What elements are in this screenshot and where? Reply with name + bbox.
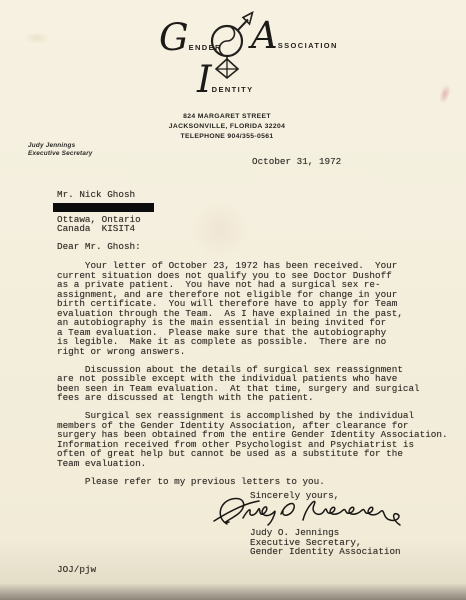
scanned-letter-page: GENDER ASSOCIATION IDENTITY 824 MARGARET… [0, 0, 466, 600]
faint-smudge [190, 200, 250, 260]
signer-org: Gender Identity Association [250, 547, 401, 557]
body-paragraph-4: Please refer to my previous letters to y… [57, 477, 448, 487]
body-paragraph-1: Your letter of October 23, 1972 has been… [57, 261, 448, 356]
recipient-country-postal: Canada KISIT4 [57, 224, 154, 234]
signature-block: Judy O. Jennings Executive Secretary, Ge… [250, 528, 401, 557]
letter-body: Your letter of October 23, 1972 has been… [57, 261, 448, 495]
recipient-block: Mr. Nick Ghosh Ottawa, Ontario Canada KI… [57, 190, 154, 234]
letterhead-street: 824 MARGARET STREET [107, 112, 347, 122]
letterhead-word-gender: GENDER [159, 20, 222, 66]
body-paragraph-3: Surgical sex reassignment is accomplishe… [57, 411, 448, 468]
officer-title: Executive Secretary [28, 150, 93, 158]
letterhead-word-association: ASSOCIATION [251, 18, 338, 64]
handwritten-signature [211, 495, 407, 531]
paper-stain [24, 32, 50, 44]
letterhead-phone: TELEPHONE 904/355-0561 [107, 132, 347, 142]
officer-name: Judy Jennings [28, 142, 93, 150]
letterhead-city: JACKSONVILLE, FLORIDA 32204 [107, 122, 347, 132]
recipient-name: Mr. Nick Ghosh [57, 190, 154, 200]
salutation: Dear Mr. Ghosh: [57, 242, 141, 252]
date-line: October 31, 1972 [252, 157, 341, 167]
letterhead-word-identity: IDENTITY [197, 62, 254, 108]
body-paragraph-2: Discussion about the details of surgical… [57, 365, 448, 403]
redaction-bar [53, 203, 154, 212]
reference-initials: JOJ/pjw [57, 565, 96, 575]
letterhead-address: 824 MARGARET STREET JACKSONVILLE, FLORID… [107, 112, 347, 142]
pink-ink-smudge [437, 83, 453, 105]
officer-block: Judy Jennings Executive Secretary [28, 142, 93, 157]
